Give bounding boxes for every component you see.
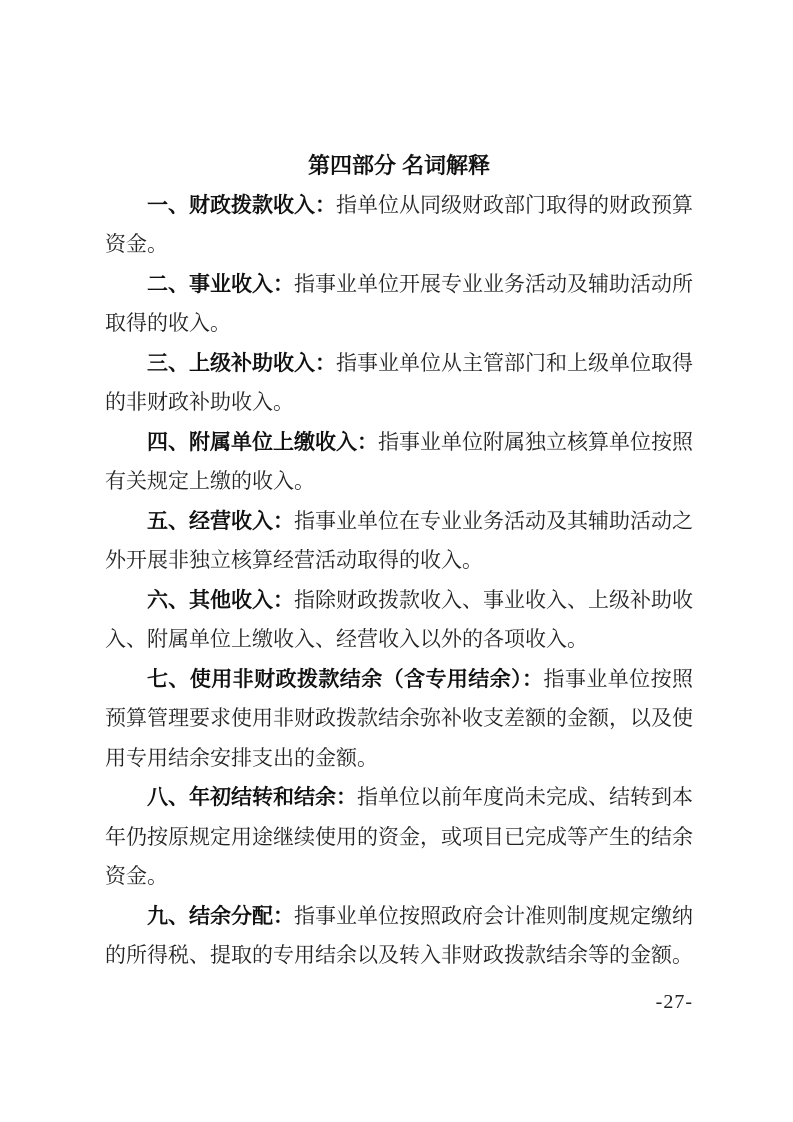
definition-paragraph: 一、财政拨款收入：指单位从同级财政部门取得的财政预算资金。 xyxy=(105,186,693,265)
term-label: 八、年初结转和结余： xyxy=(147,786,357,809)
term-label: 四、附属单位上缴收入： xyxy=(147,431,378,454)
definition-paragraph: 四、附属单位上缴收入：指事业单位附属独立核算单位按照有关规定上缴的收入。 xyxy=(105,423,693,502)
page-number: -27- xyxy=(656,988,693,1016)
document-page: 第四部分 名词解释 一、财政拨款收入：指单位从同级财政部门取得的财政预算资金。 … xyxy=(0,0,793,1122)
definition-paragraph: 九、结余分配：指事业单位按照政府会计准则制度规定缴纳的所得税、提取的专用结余以及… xyxy=(105,897,693,976)
term-label: 二、事业收入： xyxy=(147,273,294,296)
definition-paragraph: 五、经营收入：指事业单位在专业业务活动及其辅助活动之外开展非独立核算经营活动取得… xyxy=(105,502,693,581)
term-label: 九、结余分配： xyxy=(147,905,294,928)
definition-paragraph: 六、其他收入：指除财政拨款收入、事业收入、上级补助收入、附属单位上缴收入、经营收… xyxy=(105,581,693,660)
definition-paragraph: 三、上级补助收入：指事业单位从主管部门和上级单位取得的非财政补助收入。 xyxy=(105,344,693,423)
section-title: 第四部分 名词解释 xyxy=(105,146,693,186)
term-label: 七、使用非财政拨款结余（含专用结余）： xyxy=(147,668,543,691)
term-label: 一、财政拨款收入： xyxy=(147,194,336,217)
term-label: 五、经营收入： xyxy=(147,510,294,533)
definition-paragraph: 七、使用非财政拨款结余（含专用结余）：指事业单位按照预算管理要求使用非财政拨款结… xyxy=(105,660,693,779)
term-label: 三、上级补助收入： xyxy=(147,352,336,375)
term-label: 六、其他收入： xyxy=(147,589,294,612)
definition-paragraph: 八、年初结转和结余：指单位以前年度尚未完成、结转到本年仍按原规定用途继续使用的资… xyxy=(105,778,693,897)
definition-paragraph: 二、事业收入：指事业单位开展专业业务活动及辅助活动所取得的收入。 xyxy=(105,265,693,344)
